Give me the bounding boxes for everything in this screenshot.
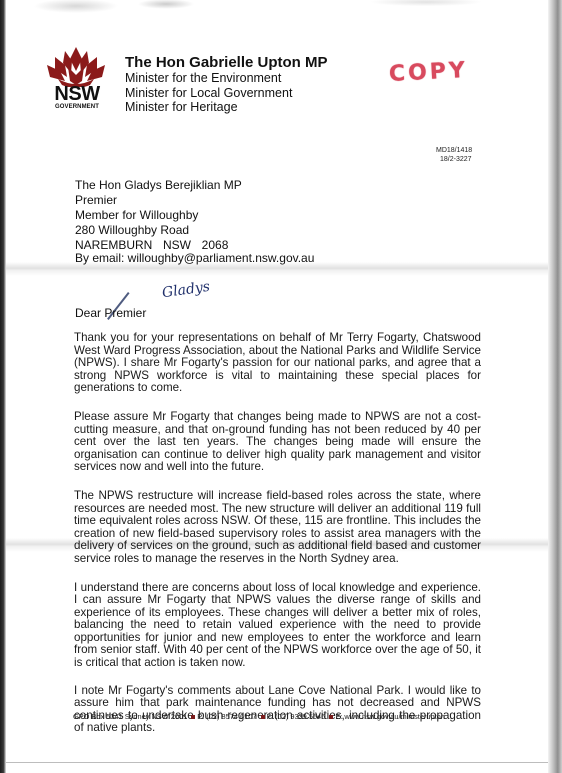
recipient-line: Member for Willoughby bbox=[75, 208, 242, 223]
footer-web: E: www.nsw.gov.au/ministerupton bbox=[335, 712, 445, 721]
recipient-email: By email: willoughby@parliament.nsw.gov.… bbox=[75, 251, 314, 265]
salutation: Dear Premier bbox=[75, 306, 146, 320]
body-paragraph: Please assure Mr Fogarty that changes be… bbox=[74, 411, 481, 474]
footer-fax: F: (02) 9339 5546 bbox=[267, 712, 326, 721]
body-paragraph: I note Mr Fogarty's comments about Lane … bbox=[74, 685, 481, 735]
minister-roles: Minister for the Environment Minister fo… bbox=[125, 71, 292, 115]
handwritten-annotation: Gladys bbox=[161, 279, 211, 302]
minister-role: Minister for Heritage bbox=[125, 100, 292, 115]
letter-body: Thank you for your representations on be… bbox=[74, 332, 481, 750]
letter-footer: GPO Box 5341 Sydney NSW 2001 P: (02) 857… bbox=[73, 712, 445, 721]
minister-name: The Hon Gabrielle Upton MP bbox=[125, 54, 328, 71]
reference-numbers: MD18/1418 18/2-3227 bbox=[436, 146, 472, 164]
scan-edge-left bbox=[0, 0, 6, 773]
body-paragraph: I understand there are concerns about lo… bbox=[74, 582, 481, 670]
nsw-wordmark: NSW bbox=[47, 84, 107, 104]
recipient-line: 280 Willoughby Road bbox=[75, 223, 242, 238]
page-bottom-edge bbox=[6, 762, 548, 763]
square-separator-icon bbox=[261, 715, 265, 719]
scan-edge-right bbox=[548, 0, 562, 773]
footer-phone: P: (02) 8574 6107 bbox=[197, 712, 256, 721]
scan-noise-top bbox=[6, 0, 548, 28]
footer-address: GPO Box 5341 Sydney NSW 2001 bbox=[73, 712, 187, 721]
recipient-line: The Hon Gladys Berejiklian MP bbox=[75, 178, 242, 193]
body-paragraph: Thank you for your representations on be… bbox=[74, 332, 481, 395]
recipient-line: Premier bbox=[75, 193, 242, 208]
square-separator-icon bbox=[329, 715, 333, 719]
government-wordmark: GOVERNMENT bbox=[44, 104, 110, 110]
recipient-address: The Hon Gladys Berejiklian MP Premier Me… bbox=[75, 178, 242, 253]
minister-role: Minister for the Environment bbox=[125, 71, 292, 86]
copy-stamp: COPY bbox=[388, 58, 468, 87]
reference-number: MD18/1418 bbox=[436, 146, 472, 155]
minister-role: Minister for Local Government bbox=[125, 86, 292, 101]
square-separator-icon bbox=[191, 715, 195, 719]
body-paragraph: The NPWS restructure will increase field… bbox=[74, 490, 481, 566]
reference-number: 18/2-3227 bbox=[436, 155, 472, 164]
